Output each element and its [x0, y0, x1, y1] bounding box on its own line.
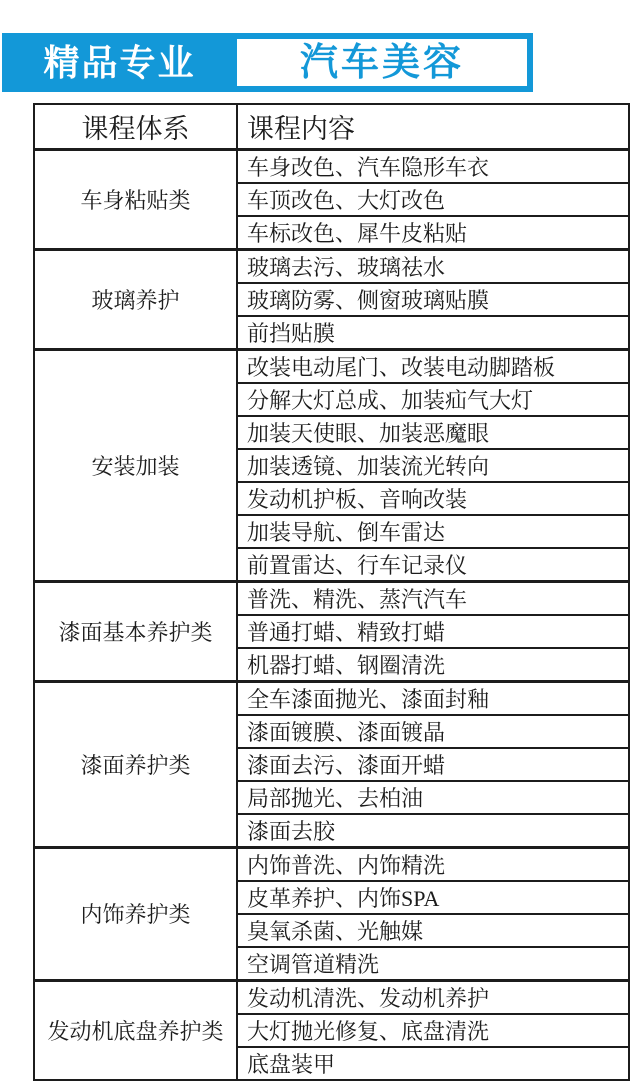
course-table-body: 车身粘贴类车身改色、汽车隐形车衣车顶改色、大灯改色车标改色、犀牛皮粘贴玻璃养护玻… — [34, 149, 629, 1080]
category-cell: 安装加装 — [34, 349, 237, 581]
course-item-cell: 车身改色、汽车隐形车衣 — [237, 149, 629, 183]
course-item-cell: 皮革养护、内饰SPA — [237, 881, 629, 914]
course-item-cell: 车顶改色、大灯改色 — [237, 183, 629, 216]
course-item-cell: 加装天使眼、加装恶魔眼 — [237, 416, 629, 449]
table-row: 发动机底盘养护类发动机清洗、发动机养护 — [34, 980, 629, 1014]
banner-title-box: 汽车美容 — [237, 39, 527, 86]
column-header-category: 课程体系 — [34, 104, 237, 149]
course-item-cell: 分解大灯总成、加装疝气大灯 — [237, 383, 629, 416]
page-title: 汽车美容 — [300, 44, 464, 82]
table-row: 车身粘贴类车身改色、汽车隐形车衣 — [34, 149, 629, 183]
course-item-cell: 漆面去污、漆面开蜡 — [237, 748, 629, 781]
category-cell: 漆面养护类 — [34, 681, 237, 847]
column-header-content: 课程内容 — [237, 104, 629, 149]
course-item-cell: 局部抛光、去柏油 — [237, 781, 629, 814]
course-table: 课程体系 课程内容 车身粘贴类车身改色、汽车隐形车衣车顶改色、大灯改色车标改色、… — [33, 103, 630, 1081]
course-item-cell: 机器打蜡、钢圈清洗 — [237, 648, 629, 682]
course-item-cell: 臭氧杀菌、光触媒 — [237, 914, 629, 947]
course-item-cell: 玻璃防雾、侧窗玻璃贴膜 — [237, 283, 629, 316]
course-item-cell: 改装电动尾门、改装电动脚踏板 — [237, 349, 629, 383]
course-item-cell: 发动机护板、音响改装 — [237, 482, 629, 515]
table-row: 安装加装改装电动尾门、改装电动脚踏板 — [34, 349, 629, 383]
course-item-cell: 前挡贴膜 — [237, 316, 629, 350]
course-item-cell: 全车漆面抛光、漆面封釉 — [237, 681, 629, 715]
course-item-cell: 加装透镜、加装流光转向 — [237, 449, 629, 482]
category-cell: 玻璃养护 — [34, 249, 237, 349]
course-item-cell: 玻璃去污、玻璃祛水 — [237, 249, 629, 283]
banner-badge-area: 精品专业 — [2, 33, 237, 92]
badge-label: 精品专业 — [43, 45, 195, 81]
course-item-cell: 加装导航、倒车雷达 — [237, 515, 629, 548]
table-row: 漆面基本养护类普洗、精洗、蒸汽汽车 — [34, 581, 629, 615]
course-item-cell: 漆面去胶 — [237, 814, 629, 848]
course-item-cell: 车标改色、犀牛皮粘贴 — [237, 216, 629, 250]
header-row: 课程体系 课程内容 — [34, 104, 629, 149]
course-item-cell: 发动机清洗、发动机养护 — [237, 980, 629, 1014]
category-cell: 发动机底盘养护类 — [34, 980, 237, 1080]
course-item-cell: 漆面镀膜、漆面镀晶 — [237, 715, 629, 748]
table-row: 漆面养护类全车漆面抛光、漆面封釉 — [34, 681, 629, 715]
category-cell: 车身粘贴类 — [34, 149, 237, 249]
course-item-cell: 底盘装甲 — [237, 1047, 629, 1080]
category-cell: 内饰养护类 — [34, 847, 237, 980]
table-row: 玻璃养护玻璃去污、玻璃祛水 — [34, 249, 629, 283]
course-item-cell: 大灯抛光修复、底盘清洗 — [237, 1014, 629, 1047]
header-banner: 精品专业 汽车美容 — [2, 33, 533, 92]
course-item-cell: 内饰普洗、内饰精洗 — [237, 847, 629, 881]
course-item-cell: 空调管道精洗 — [237, 947, 629, 981]
table-row: 内饰养护类内饰普洗、内饰精洗 — [34, 847, 629, 881]
course-table-header: 课程体系 课程内容 — [34, 104, 629, 149]
course-item-cell: 前置雷达、行车记录仪 — [237, 548, 629, 582]
page: { "banner": { "badge_label": "精品专业", "ti… — [0, 0, 640, 1088]
course-item-cell: 普通打蜡、精致打蜡 — [237, 615, 629, 648]
category-cell: 漆面基本养护类 — [34, 581, 237, 681]
course-item-cell: 普洗、精洗、蒸汽汽车 — [237, 581, 629, 615]
